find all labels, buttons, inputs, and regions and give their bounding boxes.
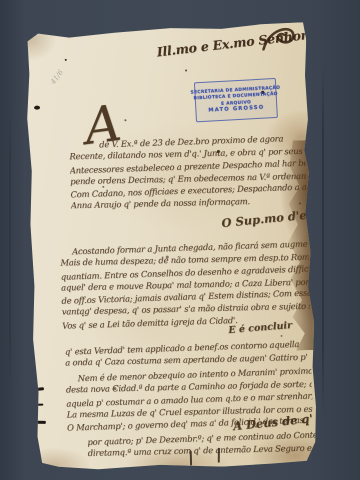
archive-stamp: SECRETARIA DE ADMINISTRAÇÃO BIBLIOTECA E… <box>194 78 278 122</box>
bottom-tick-mark <box>218 448 220 463</box>
manuscript-paper: Ill.mo e Ex.mo Senhor 41/6 SECRETARIA DE… <box>24 22 318 472</box>
pen-flourish-icon <box>260 24 299 53</box>
pencil-annotation: 41/6 <box>49 68 65 85</box>
photo-backdrop: Ill.mo e Ex.mo Senhor 41/6 SECRETARIA DE… <box>0 0 360 480</box>
ink-blot <box>34 106 40 110</box>
left-edge-ink-dash <box>32 387 44 391</box>
manuscript-paragraph: de V. Ex.ª de 23 de Dez.bro proximo de a… <box>69 132 307 212</box>
left-edge-ink-dash <box>34 404 43 406</box>
manuscript-paragraph: Acostando formar a Junta chegada, não fi… <box>60 239 310 332</box>
stamp-line: MATO GROSSO <box>208 106 264 114</box>
closing-flourish: O Sup.mo d'elle <box>221 206 323 230</box>
ink-speckles <box>65 59 67 61</box>
backdrop-fold-line-left <box>9 100 11 400</box>
left-edge-ink-dash <box>32 421 46 424</box>
bottom-tick-mark <box>190 451 192 466</box>
closing-paragraph: por quatro; p' De Dezembr.º; q' e me con… <box>87 429 318 460</box>
backdrop-fold-line-right <box>322 60 324 420</box>
